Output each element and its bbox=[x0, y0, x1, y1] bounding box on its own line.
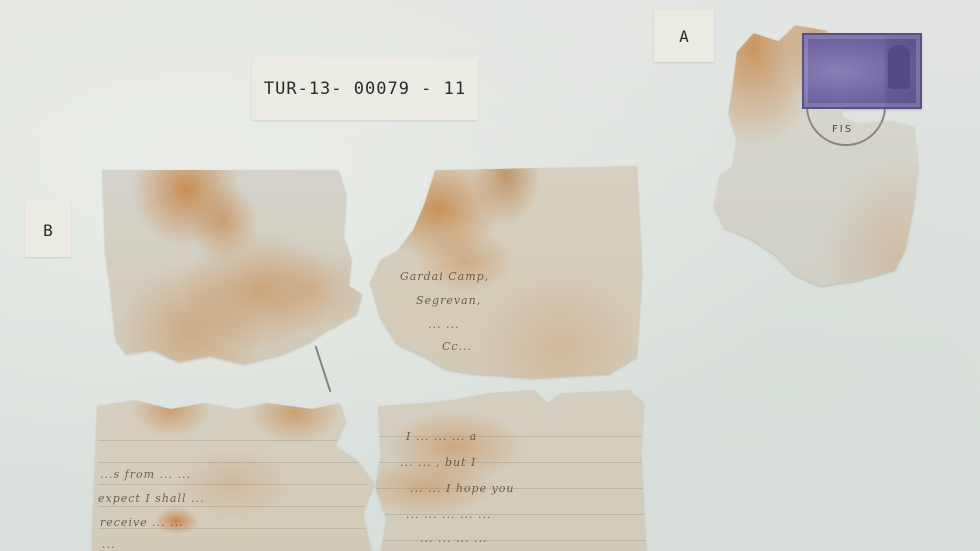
handwriting-line-1: I ... ... ... a bbox=[406, 430, 477, 443]
letter-fragment-b bbox=[100, 170, 362, 370]
postage-stamp bbox=[802, 33, 922, 109]
handwriting-line-2: Segrevan, bbox=[416, 294, 481, 307]
handwriting-line-2: ... ... , but I bbox=[400, 456, 476, 469]
fragment-bottom-right-paper bbox=[370, 390, 652, 551]
handwriting-line-4: ... bbox=[102, 538, 116, 551]
handwriting-line-4: Cc... bbox=[442, 340, 472, 353]
stamp-portrait bbox=[888, 45, 910, 89]
handwriting-line-1: Gardai Camp, bbox=[400, 270, 489, 283]
postmark-text: FIS bbox=[832, 124, 853, 135]
handwriting-line-3: ... ... bbox=[428, 318, 459, 331]
piece-label-b: B bbox=[25, 203, 71, 257]
envelope-fragment-a: FIS bbox=[712, 20, 920, 286]
catalog-number: TUR-13- 00079 - 11 bbox=[264, 79, 466, 99]
handwriting-line-3: receive ... ... bbox=[100, 516, 184, 529]
handwriting-line-5: ... ... ... ... bbox=[420, 532, 487, 545]
catalog-label: TUR-13- 00079 - 11 bbox=[252, 58, 478, 120]
piece-label-a: A bbox=[654, 10, 714, 62]
handwriting-line-1: ...s from ... ... bbox=[100, 468, 191, 481]
handwriting-line-2: expect I shall ... bbox=[98, 492, 205, 505]
piece-letter-b: B bbox=[43, 221, 53, 240]
handwriting-line-4: ... ... ... ... ... bbox=[406, 508, 491, 521]
fragment-b-paper bbox=[100, 170, 362, 370]
letter-fragment-address: Gardai Camp, Segrevan, ... ... Cc... bbox=[370, 166, 642, 378]
letter-fragment-bottom-right: I ... ... ... a ... ... , but I ... ... … bbox=[370, 390, 652, 551]
piece-letter-a: A bbox=[679, 27, 689, 46]
handwriting-line-3: ... ... I hope you bbox=[410, 482, 515, 495]
letter-fragment-bottom-left: ...s from ... ... expect I shall ... rec… bbox=[92, 400, 374, 551]
